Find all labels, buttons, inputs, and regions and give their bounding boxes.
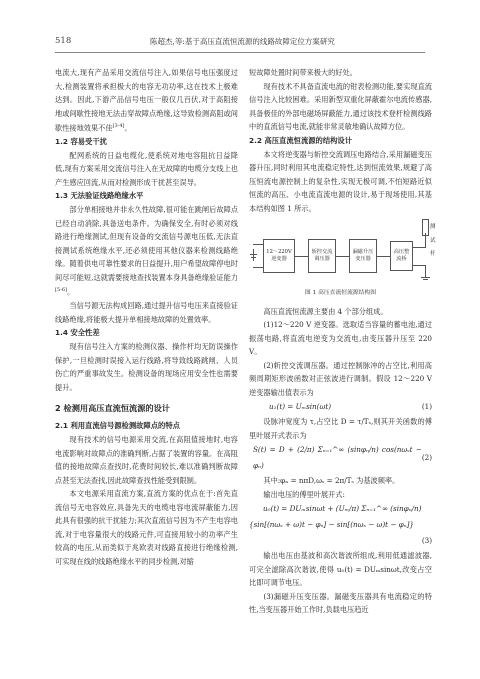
ground-icon: [421, 277, 430, 278]
paragraph: (3)漏磁升压变压器。漏磁变压器具有电流稳定的特性,当变压器开始工作时,负载电压…: [249, 590, 432, 617]
wire: [253, 267, 263, 268]
block-hv-rectifier: 高压整流桥: [390, 241, 413, 271]
battery-icon: [253, 249, 254, 261]
paragraph: 本文将逆变器与斩控交流调压电路结合,采用漏磁变压器升压,同时利用其电流稳定特性,…: [249, 148, 432, 216]
equation-3a: u₀(t) = DUₘsinωt + (Uₘ/π) Σₙ₌₁^∞ (sinφₙ/…: [249, 501, 432, 517]
equation-3b: {sin[(nωₛ + ω)t − φₙ] − sin[(nωₛ − ω)t −…: [249, 517, 432, 533]
battery-plate: [250, 254, 257, 255]
running-title: 陈超杰,等:基于高压直流恒流源的线路故障定位方案研究: [150, 36, 335, 47]
paragraph: 现有信号注入方案的检测仪器、操作杆均无防误操作保护,一旦检测时误接入运行线路,将…: [55, 340, 238, 394]
page-number: 518: [55, 36, 71, 46]
paragraph: 高压直流恒流源主要由 4 个部分组成。: [249, 305, 432, 319]
block-leakage-transformer: 漏磁升压变压器: [349, 239, 377, 273]
paragraph: 输出电压的傅里叶展开式:: [249, 488, 432, 502]
paragraph: 当信号源无法构成回路,通过提升信号电压来直接验证线路绝缘,将能极大提升单相接地故…: [55, 299, 238, 326]
equation-2: S(t) = D + (2/π) Σₙ₌₁^∞ (sinφₙ/n) cos(nω…: [249, 442, 432, 474]
right-column: 短故障处置时间带来极大的好处。 现有技术不具备直流电流的钳表检测功能,要实现直流…: [249, 66, 432, 617]
section-heading-1-4: 1.4 安全性差: [55, 326, 238, 340]
paragraph: 电流大,现有产品采用交流信号注入,如果信号电压强度过大,检测装置将承担极大的电容…: [55, 66, 238, 135]
wire: [253, 244, 263, 245]
probe-label: 测试杆: [430, 221, 436, 262]
wire: [295, 256, 308, 257]
wire: [336, 256, 349, 257]
equation-3-number: (3): [249, 533, 432, 549]
paragraph: (2)斩控交流调压器。通过控制脉冲的占空比,利用高频周期矩形波函数对正弦波进行调…: [249, 359, 432, 400]
paragraph: 部分单相接地并非永久性故障,很可能在跳闸后故障点已经自动消除,具备送电条件。为确…: [55, 203, 238, 299]
paragraph: 设脉冲宽度为 τ,占空比 D = τ/Tₛ,则其开关函数的傅里叶展开式表示为: [249, 415, 432, 442]
wire: [377, 256, 390, 257]
paragraph: 配网系统的日益电缆化,使系统对地电容阻抗日益降低,现有方案采用交流信号注入在无故…: [55, 149, 238, 190]
paragraph: 输出电压由基波和高次谐波所组成,利用低通滤波器,可完全滤除高次谐波,使得 u₀(…: [249, 549, 432, 590]
wire: [413, 247, 425, 248]
section-heading-2-1: 2.1 利用直流信号源检测故障点的特点: [55, 419, 238, 433]
paragraph: (1)12～220 V 逆变器。选取适当容量的蓄电池,通过振荡电路,将直流电逆变…: [249, 318, 432, 359]
block-inverter: 12～220V 逆变器: [263, 239, 295, 273]
section-heading-1-2: 1.2 容易受干扰: [55, 135, 238, 149]
paragraph: 其中:φₙ = nπD,ωₛ = 2π/Tₛ 为基波频率。: [249, 474, 432, 488]
section-heading-1-3: 1.3 无法验证线路绝缘水平: [55, 189, 238, 203]
paragraph: 现有技术的信号电源采用交流,在高阻值接地时,电容电流影响对故障点的准确判断,占据…: [55, 433, 238, 487]
test-probe-icon: [422, 219, 429, 236]
equation-1: u₁(t) = Uₘsin(ωt)(1): [249, 399, 432, 415]
left-column: 电流大,现有产品采用交流信号注入,如果信号电压强度过大,检测装置将承担极大的电容…: [55, 66, 238, 568]
figure-caption: 图 1 高压直流恒流源结构图: [249, 287, 432, 301]
paragraph: 本文电源采用直流方案,直流方案的优点在于:首先直流信号无电容效应,具备先天的电缆…: [55, 487, 238, 568]
paragraph: 现有技术不具备直流电流的钳表检测功能,要实现直流信号注入比较困难。采用新型双重化…: [249, 80, 432, 134]
battery-plate: [251, 257, 256, 258]
paragraph: 短故障处置时间带来极大的好处。: [249, 66, 432, 80]
section-heading-2: 2 检测用高压直流恒流源的设计: [55, 401, 238, 416]
wire: [425, 265, 426, 277]
ground-line: [423, 279, 428, 280]
section-heading-2-2: 2.2 高压直流恒流源的结构设计: [249, 134, 432, 148]
block-chopper-ac-regulator: 斩控交流调压器: [308, 239, 336, 273]
page-header: 518 陈超杰,等:基于高压直流恒流源的线路故障定位方案研究: [55, 36, 425, 53]
wire: [413, 265, 425, 266]
figure-1-diagram: 12～220V 逆变器 斩控交流调压器 漏磁升压变压器 高压整流桥 测试杆: [249, 219, 432, 285]
